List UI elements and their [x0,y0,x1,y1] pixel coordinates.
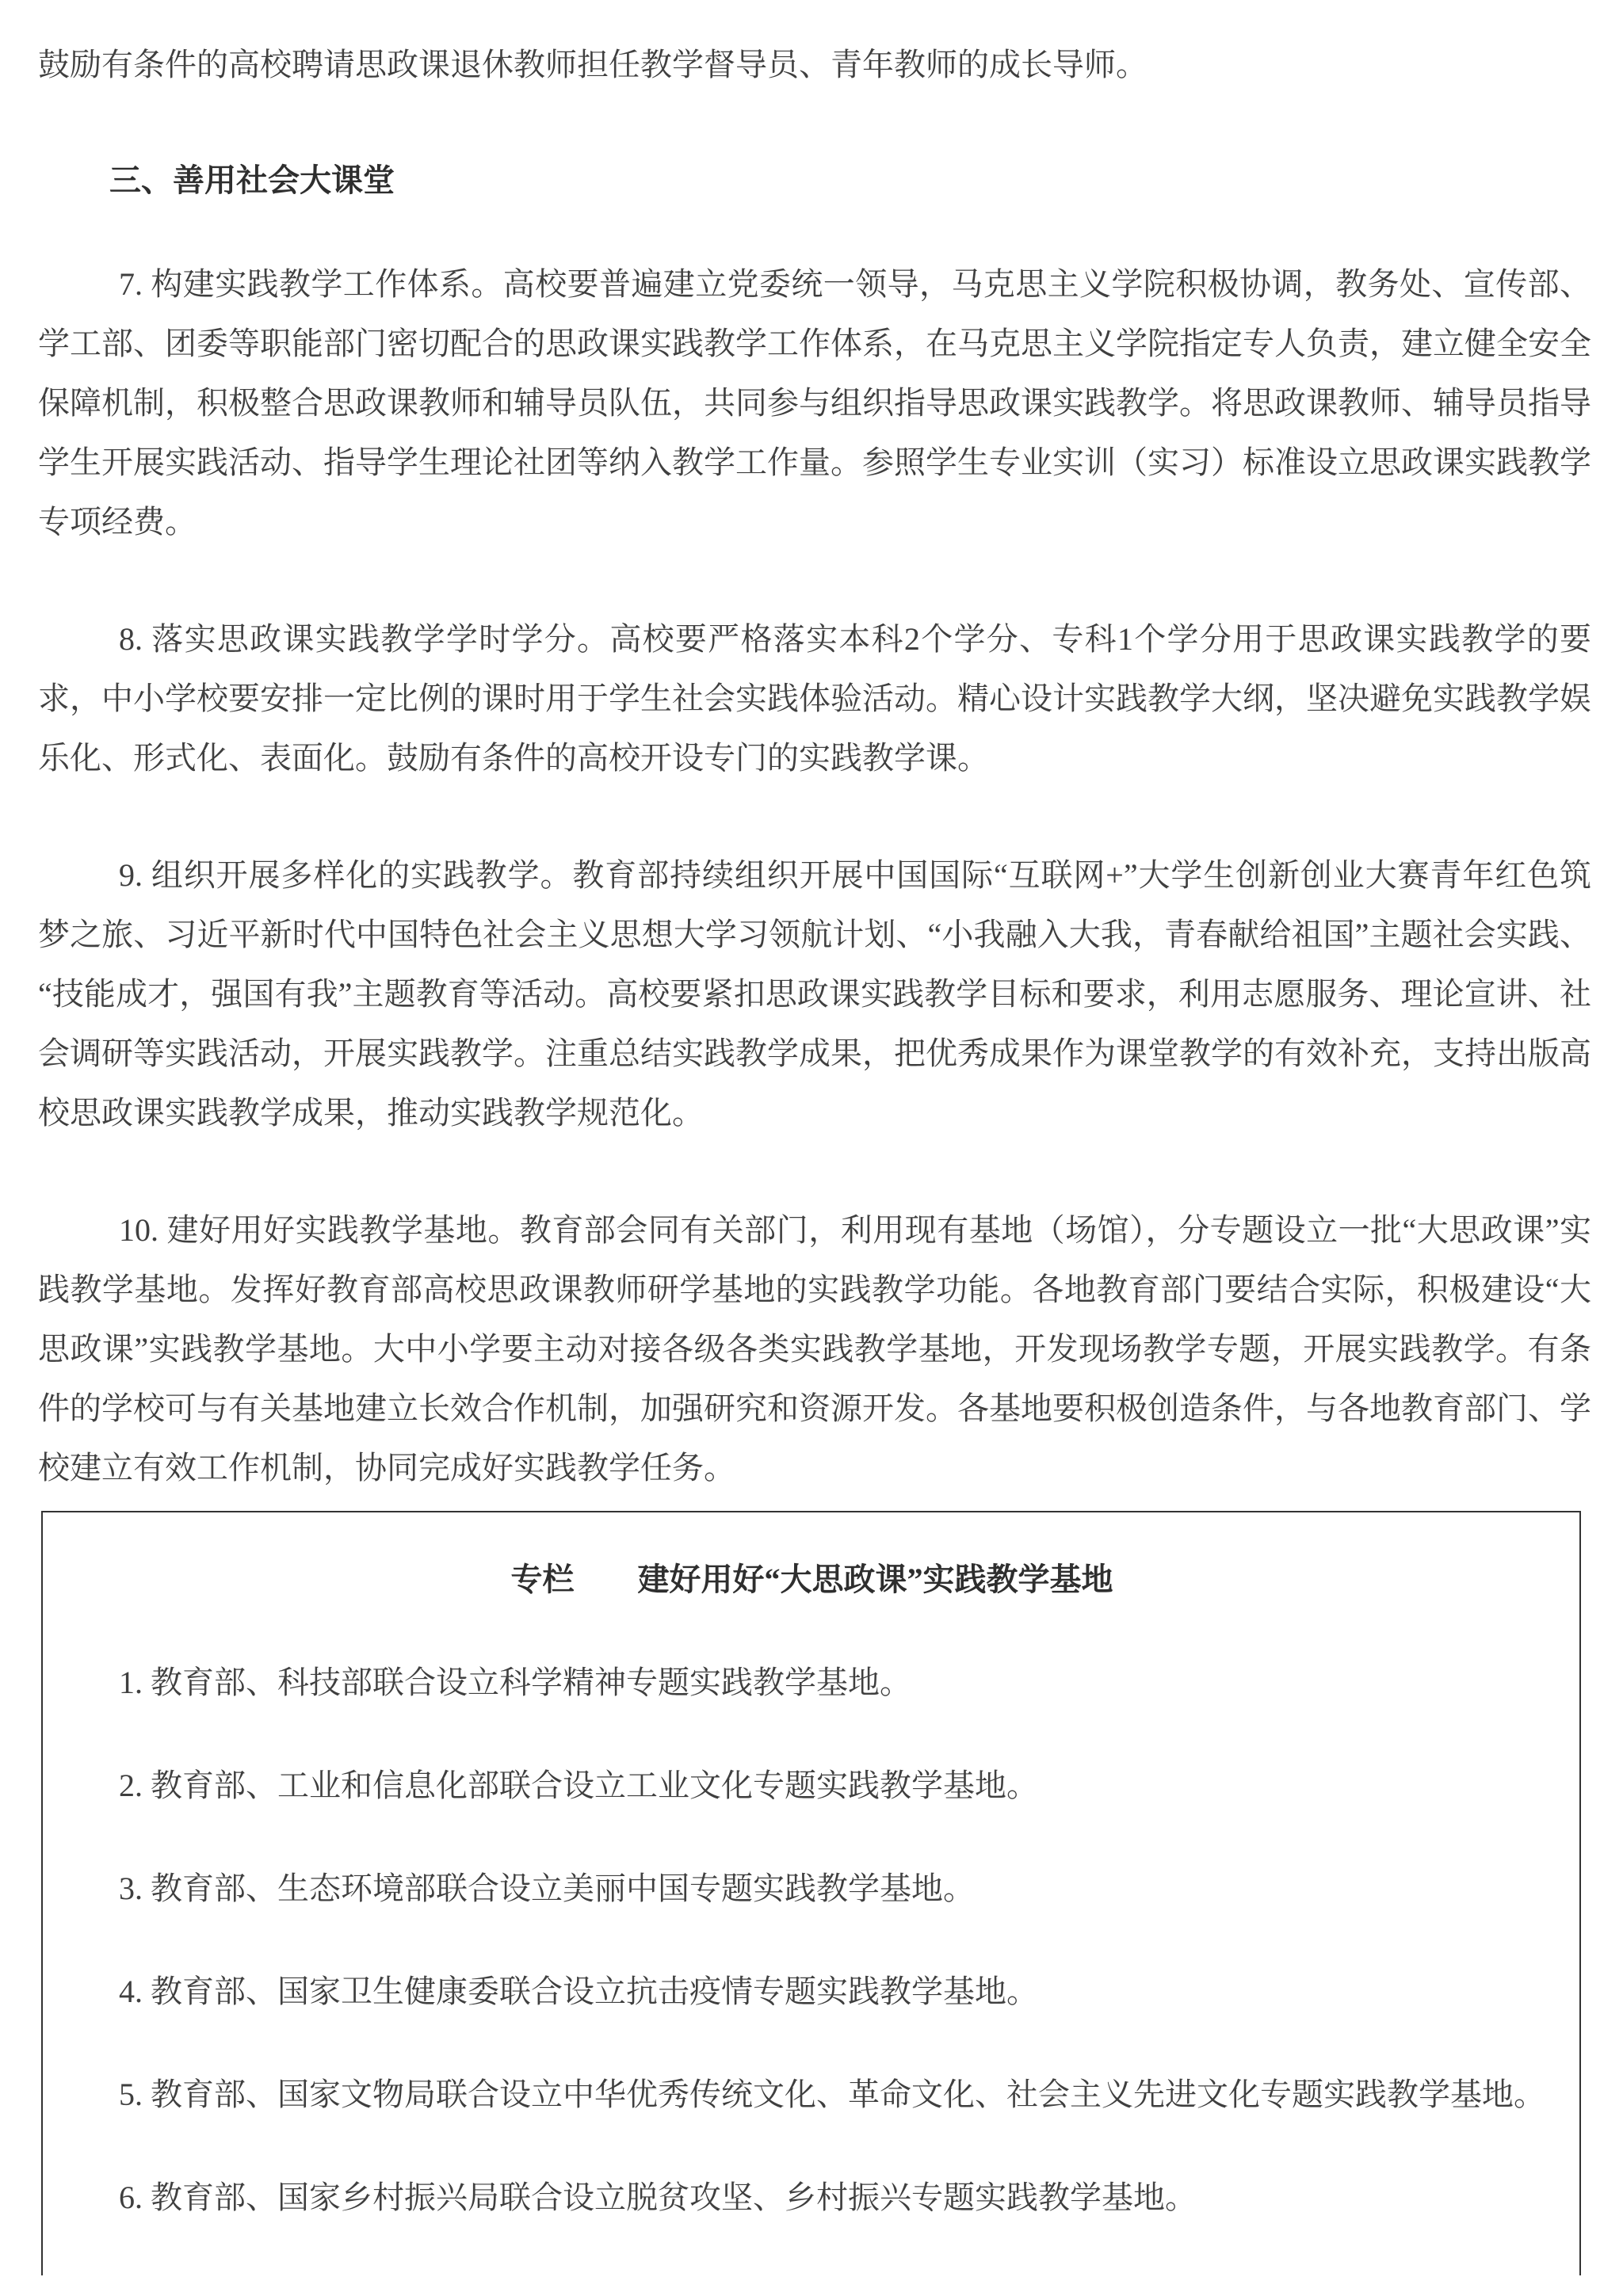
paragraph-7: 7. 构建实践教学工作体系。高校要普遍建立党委统一领导，马克思主义学院积极协调，… [38,254,1591,551]
paragraph-continuation: 鼓励有条件的高校聘请思政课退休教师担任教学督导员、青年教师的成长导师。 [38,35,1591,94]
column-box-item-2: 2. 教育部、工业和信息化部联合设立工业文化专题实践教学基地。 [56,1756,1568,1815]
paragraph-8: 8. 落实思政课实践教学学时学分。高校要严格落实本科2个学分、专科1个学分用于思… [38,609,1591,788]
section-heading: 三、善用社会大课堂 [38,151,1591,210]
paragraph-10: 10. 建好用好实践教学基地。教育部会同有关部门，利用现有基地（场馆），分专题设… [38,1200,1591,1497]
column-box-item-4: 4. 教育部、国家卫生健康委联合设立抗击疫情专题实践教学基地。 [56,1962,1568,2021]
column-box-item-6: 6. 教育部、国家乡村振兴局联合设立脱贫攻坚、乡村振兴专题实践教学基地。 [56,2168,1568,2227]
column-box: 专栏 建好用好“大思政课”实践教学基地 1. 教育部、科技部联合设立科学精神专题… [41,1511,1581,2275]
paragraph-9: 9. 组织开展多样化的实践教学。教育部持续组织开展中国国际“互联网+”大学生创新… [38,845,1591,1142]
document-page: 鼓励有条件的高校聘请思政课退休教师担任教学督导员、青年教师的成长导师。 三、善用… [0,0,1623,2296]
column-box-title: 专栏 建好用好“大思政课”实践教学基地 [56,1550,1568,1609]
column-box-item-1: 1. 教育部、科技部联合设立科学精神专题实践教学基地。 [56,1653,1568,1712]
column-box-item-5: 5. 教育部、国家文物局联合设立中华优秀传统文化、革命文化、社会主义先进文化专题… [56,2065,1568,2124]
column-box-item-3: 3. 教育部、生态环境部联合设立美丽中国专题实践教学基地。 [56,1859,1568,1918]
